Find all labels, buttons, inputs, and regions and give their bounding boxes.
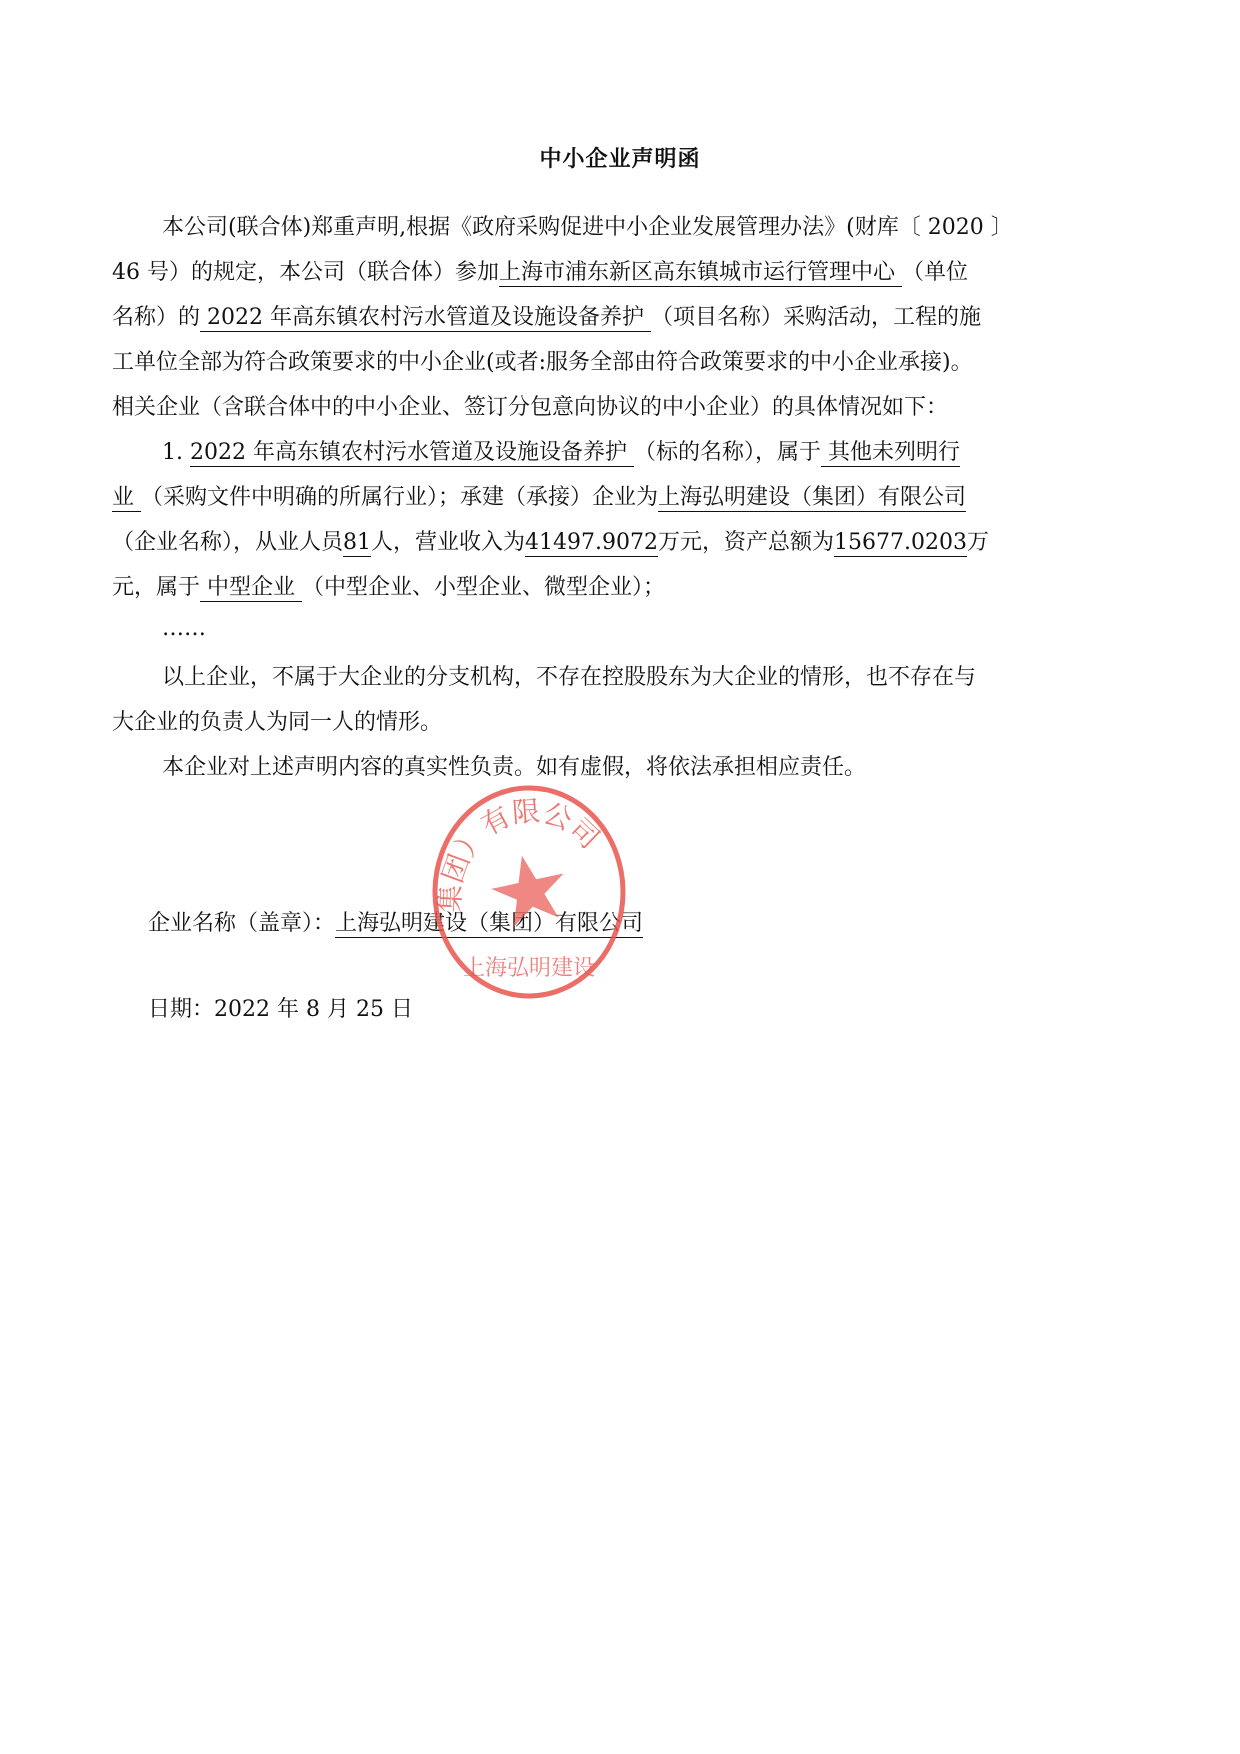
para2-line1: 以上企业，不属于大企业的分支机构，不存在控股股东为大企业的情形，也不存在与 — [162, 664, 1182, 692]
para1-line3: 名称）的 2022 年高东镇农村污水管道及设施设备养护 （项目名称）采购活动，工… — [112, 304, 1132, 332]
date-line: 日期：2022 年 8 月 25 日 — [148, 996, 1168, 1024]
para1-text: 名称）的 — [112, 305, 200, 330]
para3: 本企业对上述声明内容的真实性负责。如有虚假，将依法承担相应责任。 — [162, 754, 1182, 782]
item-text: （标的名称），属于 — [634, 440, 821, 465]
signature-line: 企业名称（盖章）：上海弘明建设（集团）有限公司 — [148, 910, 1168, 938]
para1-text: 46 号）的规定，本公司（联合体）参加 — [112, 260, 499, 285]
item-text: （企业名称），从业人员 — [112, 530, 343, 555]
document-title: 中小企业声明函 — [0, 142, 1240, 173]
para1-text: 工单位全部为符合政策要求的中小企业(或者:服务全部由符合政策要求的中小企业承接)… — [112, 350, 973, 375]
enterprise-size: 中型企业 — [200, 575, 302, 602]
para1-line2: 46 号）的规定，本公司（联合体）参加上海市浦东新区高东镇城市运行管理中心 （单… — [112, 259, 1132, 287]
company-name: 上海弘明建设（集团）有限公司 — [658, 485, 966, 512]
para1-line4: 工单位全部为符合政策要求的中小企业(或者:服务全部由符合政策要求的中小企业承接)… — [112, 349, 1132, 377]
para1-text: 相关企业（含联合体中的中小企业、签订分包意向协议的中小企业）的具体情况如下： — [112, 395, 948, 420]
para1-line1: 本公司(联合体)郑重声明,根据《政府采购促进中小企业发展管理办法》(财库〔 20… — [162, 214, 1182, 242]
para2-line2: 大企业的负责人为同一人的情形。 — [112, 709, 1132, 737]
date-label: 日期： — [148, 997, 214, 1022]
purchaser-unit-name: 上海市浦东新区高东镇城市运行管理中心 — [499, 260, 902, 287]
ellipsis: …… — [162, 615, 1182, 643]
industry-name: 其他未列明行 — [821, 440, 960, 467]
industry-name-cont: 业 — [112, 485, 141, 512]
revenue-value: 41497.9072 — [525, 530, 658, 557]
item-text: 万元，资产总额为 — [658, 530, 834, 555]
employee-count: 81 — [343, 530, 371, 557]
item1-line1: 1. 2022 年高东镇农村污水管道及设施设备养护 （标的名称），属于 其他未列… — [162, 439, 1182, 467]
para1-text: （项目名称）采购活动，工程的施 — [651, 305, 981, 330]
item-text: 人，营业收入为 — [371, 530, 525, 555]
seal-icon: 集团）有限公司 上海弘明建设 — [430, 783, 628, 1001]
item-number: 1. — [162, 440, 183, 465]
company-seal: 集团）有限公司 上海弘明建设 — [430, 783, 628, 1001]
date-value: 2022 年 8 月 25 日 — [214, 997, 413, 1022]
document-page: 中小企业声明函 本公司(联合体)郑重声明,根据《政府采购促进中小企业发展管理办法… — [0, 0, 1240, 1754]
item-text: （采购文件中明确的所属行业）；承建（承接）企业为 — [141, 485, 658, 510]
para1-text: 本公司(联合体)郑重声明,根据《政府采购促进中小企业发展管理办法》(财库〔 20… — [162, 215, 1013, 240]
item-text: （中型企业、小型企业、微型企业）； — [302, 575, 665, 600]
para1-text: （单位 — [902, 260, 968, 285]
subject-name: 2022 年高东镇农村污水管道及设施设备养护 — [190, 440, 634, 467]
assets-value: 15677.0203 — [834, 530, 967, 557]
project-name: 2022 年高东镇农村污水管道及设施设备养护 — [200, 305, 651, 332]
para1-line5: 相关企业（含联合体中的中小企业、签订分包意向协议的中小企业）的具体情况如下： — [112, 394, 1132, 422]
svg-text:上海弘明建设: 上海弘明建设 — [463, 956, 595, 981]
item-text: 万 — [967, 530, 989, 555]
signature-label: 企业名称（盖章）： — [148, 911, 335, 936]
item-text: 元，属于 — [112, 575, 200, 600]
item1-line4: 元，属于 中型企业 （中型企业、小型企业、微型企业）； — [112, 574, 1132, 602]
item1-line3: （企业名称），从业人员81人，营业收入为41497.9072万元，资产总额为15… — [112, 529, 1132, 557]
item1-line2: 业 （采购文件中明确的所属行业）；承建（承接）企业为上海弘明建设（集团）有限公司 — [112, 484, 1132, 512]
